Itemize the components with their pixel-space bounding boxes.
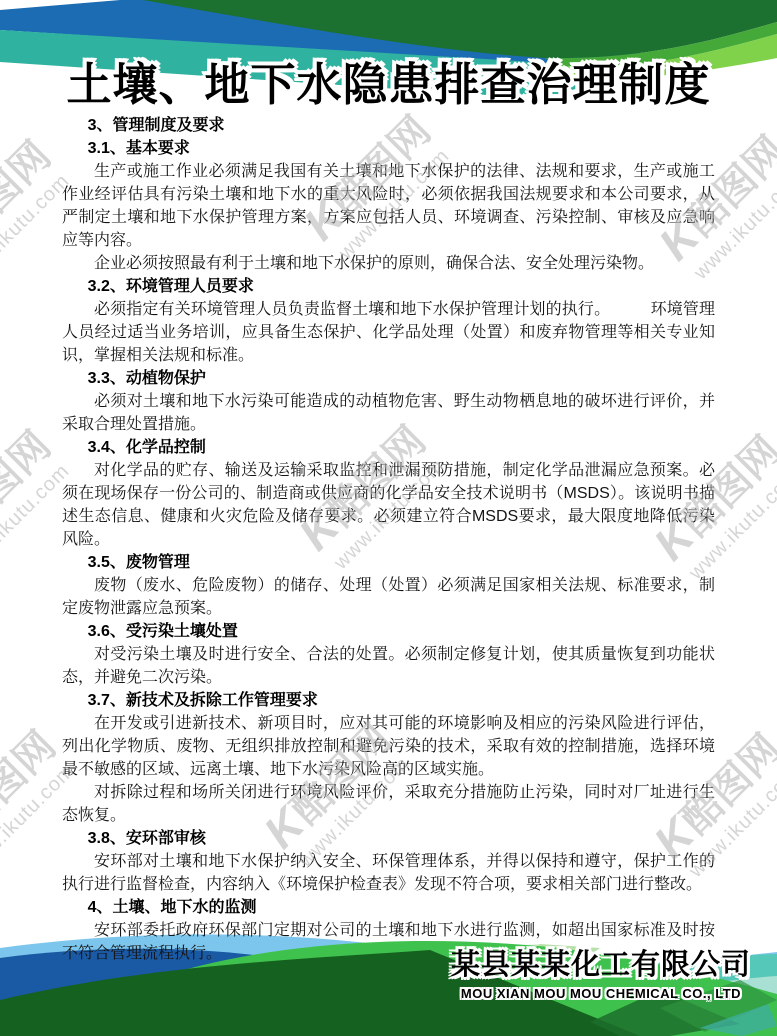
section-heading: 3.6、受污染土壤处置 <box>62 620 715 643</box>
section-paragraph: 对化学品的贮存、输送及运输采取监控和泄漏预防措施，制定化学品泄漏应急预案。必须在… <box>62 459 715 551</box>
company-name-cn: 某县某某化工有限公司 <box>451 942 751 983</box>
section-paragraph: 废物（废水、危险废物）的储存、处理（处置）必须满足国家相关法规、标准要求，制定废… <box>62 574 715 620</box>
section-heading: 3.5、废物管理 <box>62 551 715 574</box>
section-heading: 3.8、安环部审核 <box>62 827 715 850</box>
section-heading: 3、管理制度及要求 <box>62 114 715 137</box>
section-paragraph: 对拆除过程和场所关闭进行环境风险评价，采取充分措施防止污染，同时对厂址进行生态恢… <box>62 781 715 827</box>
poster-page: 土壤、地下水隐患排查治理制度 3、管理制度及要求3.1、基本要求生产或施工作业必… <box>0 0 777 1036</box>
section-paragraph: 在开发或引进新技术、新项目时，应对其可能的环境影响及相应的污染风险进行评估，列出… <box>62 712 715 781</box>
section-paragraph: 生产或施工作业必须满足我国有关土壤和地下水保护的法律、法规和要求，生产或施工作业… <box>62 160 715 252</box>
section-heading: 3.2、环境管理人员要求 <box>62 275 715 298</box>
poster-title: 土壤、地下水隐患排查治理制度 <box>0 48 777 113</box>
section-paragraph: 企业必须按照最有利于土壤和地下水保护的原则，确保合法、安全处理污染物。 <box>62 252 715 275</box>
document-body: 3、管理制度及要求3.1、基本要求生产或施工作业必须满足我国有关土壤和地下水保护… <box>62 114 715 965</box>
section-heading: 3.1、基本要求 <box>62 137 715 160</box>
section-paragraph: 对受污染土壤及时进行安全、合法的处置。必须制定修复计划，使其质量恢复到功能状态，… <box>62 643 715 689</box>
section-heading: 4、土壤、地下水的监测 <box>62 896 715 919</box>
section-paragraph: 必须对土壤和地下水污染可能造成的动植物危害、野生动物栖息地的破坏进行评价，并采取… <box>62 390 715 436</box>
company-block: 某县某某化工有限公司 MOU XIAN MOU MOU CHEMICAL CO.… <box>451 942 751 1001</box>
section-paragraph: 安环部对土壤和地下水保护纳入安全、环保管理体系，并得以保持和遵守，保护工作的执行… <box>62 850 715 896</box>
section-paragraph: 必须指定有关环境管理人员负责监督土壤和地下水保护管理计划的执行。 环境管理人员经… <box>62 298 715 367</box>
section-heading: 3.3、动植物保护 <box>62 367 715 390</box>
company-name-en: MOU XIAN MOU MOU CHEMICAL CO., LTD <box>451 986 751 1001</box>
section-heading: 3.4、化学品控制 <box>62 436 715 459</box>
section-heading: 3.7、新技术及拆除工作管理要求 <box>62 689 715 712</box>
